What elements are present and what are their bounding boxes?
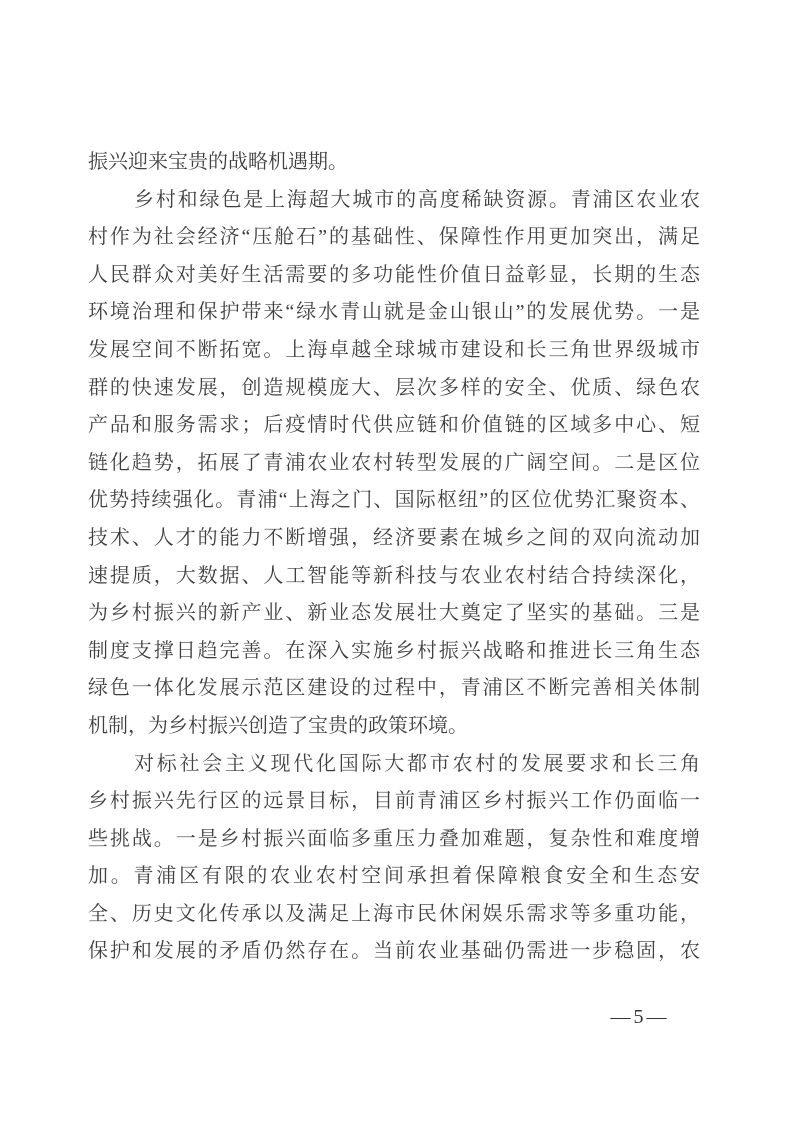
document-line: 环境治理和保护带来“绿水青山就是金山银山”的发展优势。一是 — [88, 294, 700, 332]
document-line: 产品和服务需求；后疫情时代供应链和价值链的区域多中心、短 — [88, 407, 700, 445]
document-line: 乡村和绿色是上海超大城市的高度稀缺资源。青浦区农业农 — [88, 182, 700, 220]
document-line: 村作为社会经济“压舱石”的基础性、保障性作用更加突出，满足 — [88, 219, 700, 257]
document-line: 全、历史文化传承以及满足上海市民休闲娱乐需求等多重功能， — [88, 896, 700, 934]
page-number: —5— — [560, 1002, 720, 1032]
document-line: 些挑战。一是乡村振兴面临多重压力叠加难题，复杂性和难度增 — [88, 821, 700, 859]
document-line: 群的快速发展，创造规模庞大、层次多样的安全、优质、绿色农 — [88, 370, 700, 408]
document-line: 机制，为乡村振兴创造了宝贵的政策环境。 — [88, 708, 700, 746]
document-line: 优势持续强化。青浦“上海之门、国际枢纽”的区位优势汇聚资本、 — [88, 482, 700, 520]
document-page: 振兴迎来宝贵的战略机遇期。 乡村和绿色是上海超大城市的高度稀缺资源。青浦区农业农… — [0, 0, 800, 1131]
document-line: 链化趋势，拓展了青浦农业农村转型发展的广阔空间。二是区位 — [88, 445, 700, 483]
document-line: 速提质，大数据、人工智能等新科技与农业农村结合持续深化， — [88, 558, 700, 596]
document-line: 保护和发展的矛盾仍然存在。当前农业基础仍需进一步稳固，农 — [88, 933, 700, 971]
document-line: 加。青浦区有限的农业农村空间承担着保障粮食安全和生态安 — [88, 858, 700, 896]
document-line: 技术、人才的能力不断增强，经济要素在城乡之间的双向流动加 — [88, 520, 700, 558]
document-line: 发展空间不断拓宽。上海卓越全球城市建设和长三角世界级城市 — [88, 332, 700, 370]
document-line: 绿色一体化发展示范区建设的过程中，青浦区不断完善相关体制 — [88, 670, 700, 708]
document-line: 人民群众对美好生活需要的多功能性价值日益彰显，长期的生态 — [88, 257, 700, 295]
document-text-block: 振兴迎来宝贵的战略机遇期。 乡村和绿色是上海超大城市的高度稀缺资源。青浦区农业农… — [88, 144, 700, 971]
document-line: 为乡村振兴的新产业、新业态发展壮大奠定了坚实的基础。三是 — [88, 595, 700, 633]
document-line: 乡村振兴先行区的远景目标，目前青浦区乡村振兴工作仍面临一 — [88, 783, 700, 821]
document-line: 振兴迎来宝贵的战略机遇期。 — [88, 144, 700, 182]
document-line: 制度支撑日趋完善。在深入实施乡村振兴战略和推进长三角生态 — [88, 633, 700, 671]
document-line: 对标社会主义现代化国际大都市农村的发展要求和长三角 — [88, 746, 700, 784]
